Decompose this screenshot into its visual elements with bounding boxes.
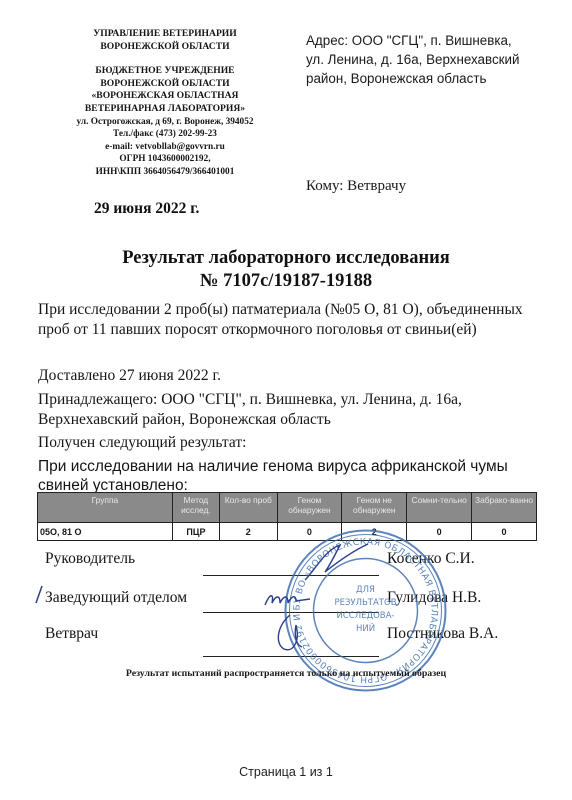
document-number: № 7107с/19187-19188: [0, 270, 572, 293]
table-header-row: Группа Метод исслед. Кол-во проб Геном о…: [38, 493, 537, 523]
disclaimer-note: Результат испытаний распространяется тол…: [0, 668, 572, 679]
document-date: 29 июня 2022 г.: [94, 200, 199, 218]
cell-method: ПЦР: [172, 523, 219, 541]
cell-count: 2: [220, 523, 277, 541]
signature-scribble-icon: [260, 585, 330, 655]
recipient-to: Кому: Ветврачу: [306, 178, 406, 195]
page-number: Страница 1 из 1: [0, 765, 572, 779]
svg-text:ДЛЯ: ДЛЯ: [356, 585, 375, 595]
owner-info: Принадлежащего: ООО "СГЦ", п. Вишневка, …: [38, 390, 548, 429]
result-intro: Получен следующий результат:: [38, 433, 548, 453]
sample-description: При исследовании 2 проб(ы) патматериала …: [38, 300, 548, 339]
recipient-address: Адрес: ООО "СГЦ", п. Вишневка, ул. Ленин…: [306, 31, 556, 88]
org-inn: ИНН\КПП 3664056479/366401001: [40, 166, 290, 179]
svg-text:РЕЗУЛЬТАТОВ: РЕЗУЛЬТАТОВ: [334, 598, 396, 608]
org-name-line: ВОРОНЕЖСКОЙ ОБЛАСТИ: [40, 41, 290, 54]
signature-role-vet: Ветврач: [45, 625, 98, 643]
org-name-line: ВЕТЕРИНАРНАЯ ЛАБОРАТОРИЯ»: [40, 103, 290, 116]
org-name-line: УПРАВЛЕНИЕ ВЕТЕРИНАРИИ: [40, 28, 290, 41]
signature-role-head: Руководитель: [45, 550, 135, 568]
org-street: ул. Острогожская, д 69, г. Воронеж, 3940…: [40, 116, 290, 129]
cell-rejected: 0: [472, 523, 537, 541]
result-statement: При исследовании на наличие генома вирус…: [38, 457, 548, 495]
address-line: Адрес: ООО "СГЦ", п. Вишневка,: [306, 31, 556, 50]
address-line: район, Воронежская область: [306, 69, 556, 88]
document-title: Результат лабораторного исследования № 7…: [0, 247, 572, 293]
title-line: Результат лабораторного исследования: [0, 247, 572, 270]
svg-text:ИССЛЕДОВА-: ИССЛЕДОВА-: [336, 611, 394, 621]
org-name-line: БЮДЖЕТНОЕ УЧРЕЖДЕНИЕ: [40, 65, 290, 78]
column-header-group: Группа: [38, 493, 173, 523]
column-header-rejected: Забрако-ванно: [472, 493, 537, 523]
column-header-not-detected: Геном не обнаружен: [342, 493, 407, 523]
signature-role-department: Заведующий отделом: [45, 589, 187, 607]
column-header-detected: Геном обнаружен: [277, 493, 342, 523]
column-header-method: Метод исслед.: [172, 493, 219, 523]
organization-header: УПРАВЛЕНИЕ ВЕТЕРИНАРИИ ВОРОНЕЖСКОЙ ОБЛАС…: [40, 28, 290, 179]
org-ogrn: ОГРН 1043600002192,: [40, 153, 290, 166]
org-phone: Тел./факс (473) 202-99-23: [40, 128, 290, 141]
org-name-line: «ВОРОНЕЖСКАЯ ОБЛАСТНАЯ: [40, 90, 290, 103]
org-name-line: ВОРОНЕЖСКОЙ ОБЛАСТИ: [40, 78, 290, 91]
delivery-date: Доставлено 27 июня 2022 г.: [38, 366, 548, 386]
address-line: ул. Ленина, д. 16а, Верхнехавский: [306, 50, 556, 69]
column-header-count: Кол-во проб: [220, 493, 277, 523]
pen-mark-icon: [33, 585, 45, 605]
cell-group: 05О, 81 О: [38, 523, 173, 541]
org-email: e-mail: vetvobllab@govvrn.ru: [40, 141, 290, 154]
column-header-doubtful: Сомни-тельно: [407, 493, 472, 523]
svg-text:НИЙ: НИЙ: [356, 622, 375, 634]
signature-scribble-icon: [300, 540, 370, 585]
